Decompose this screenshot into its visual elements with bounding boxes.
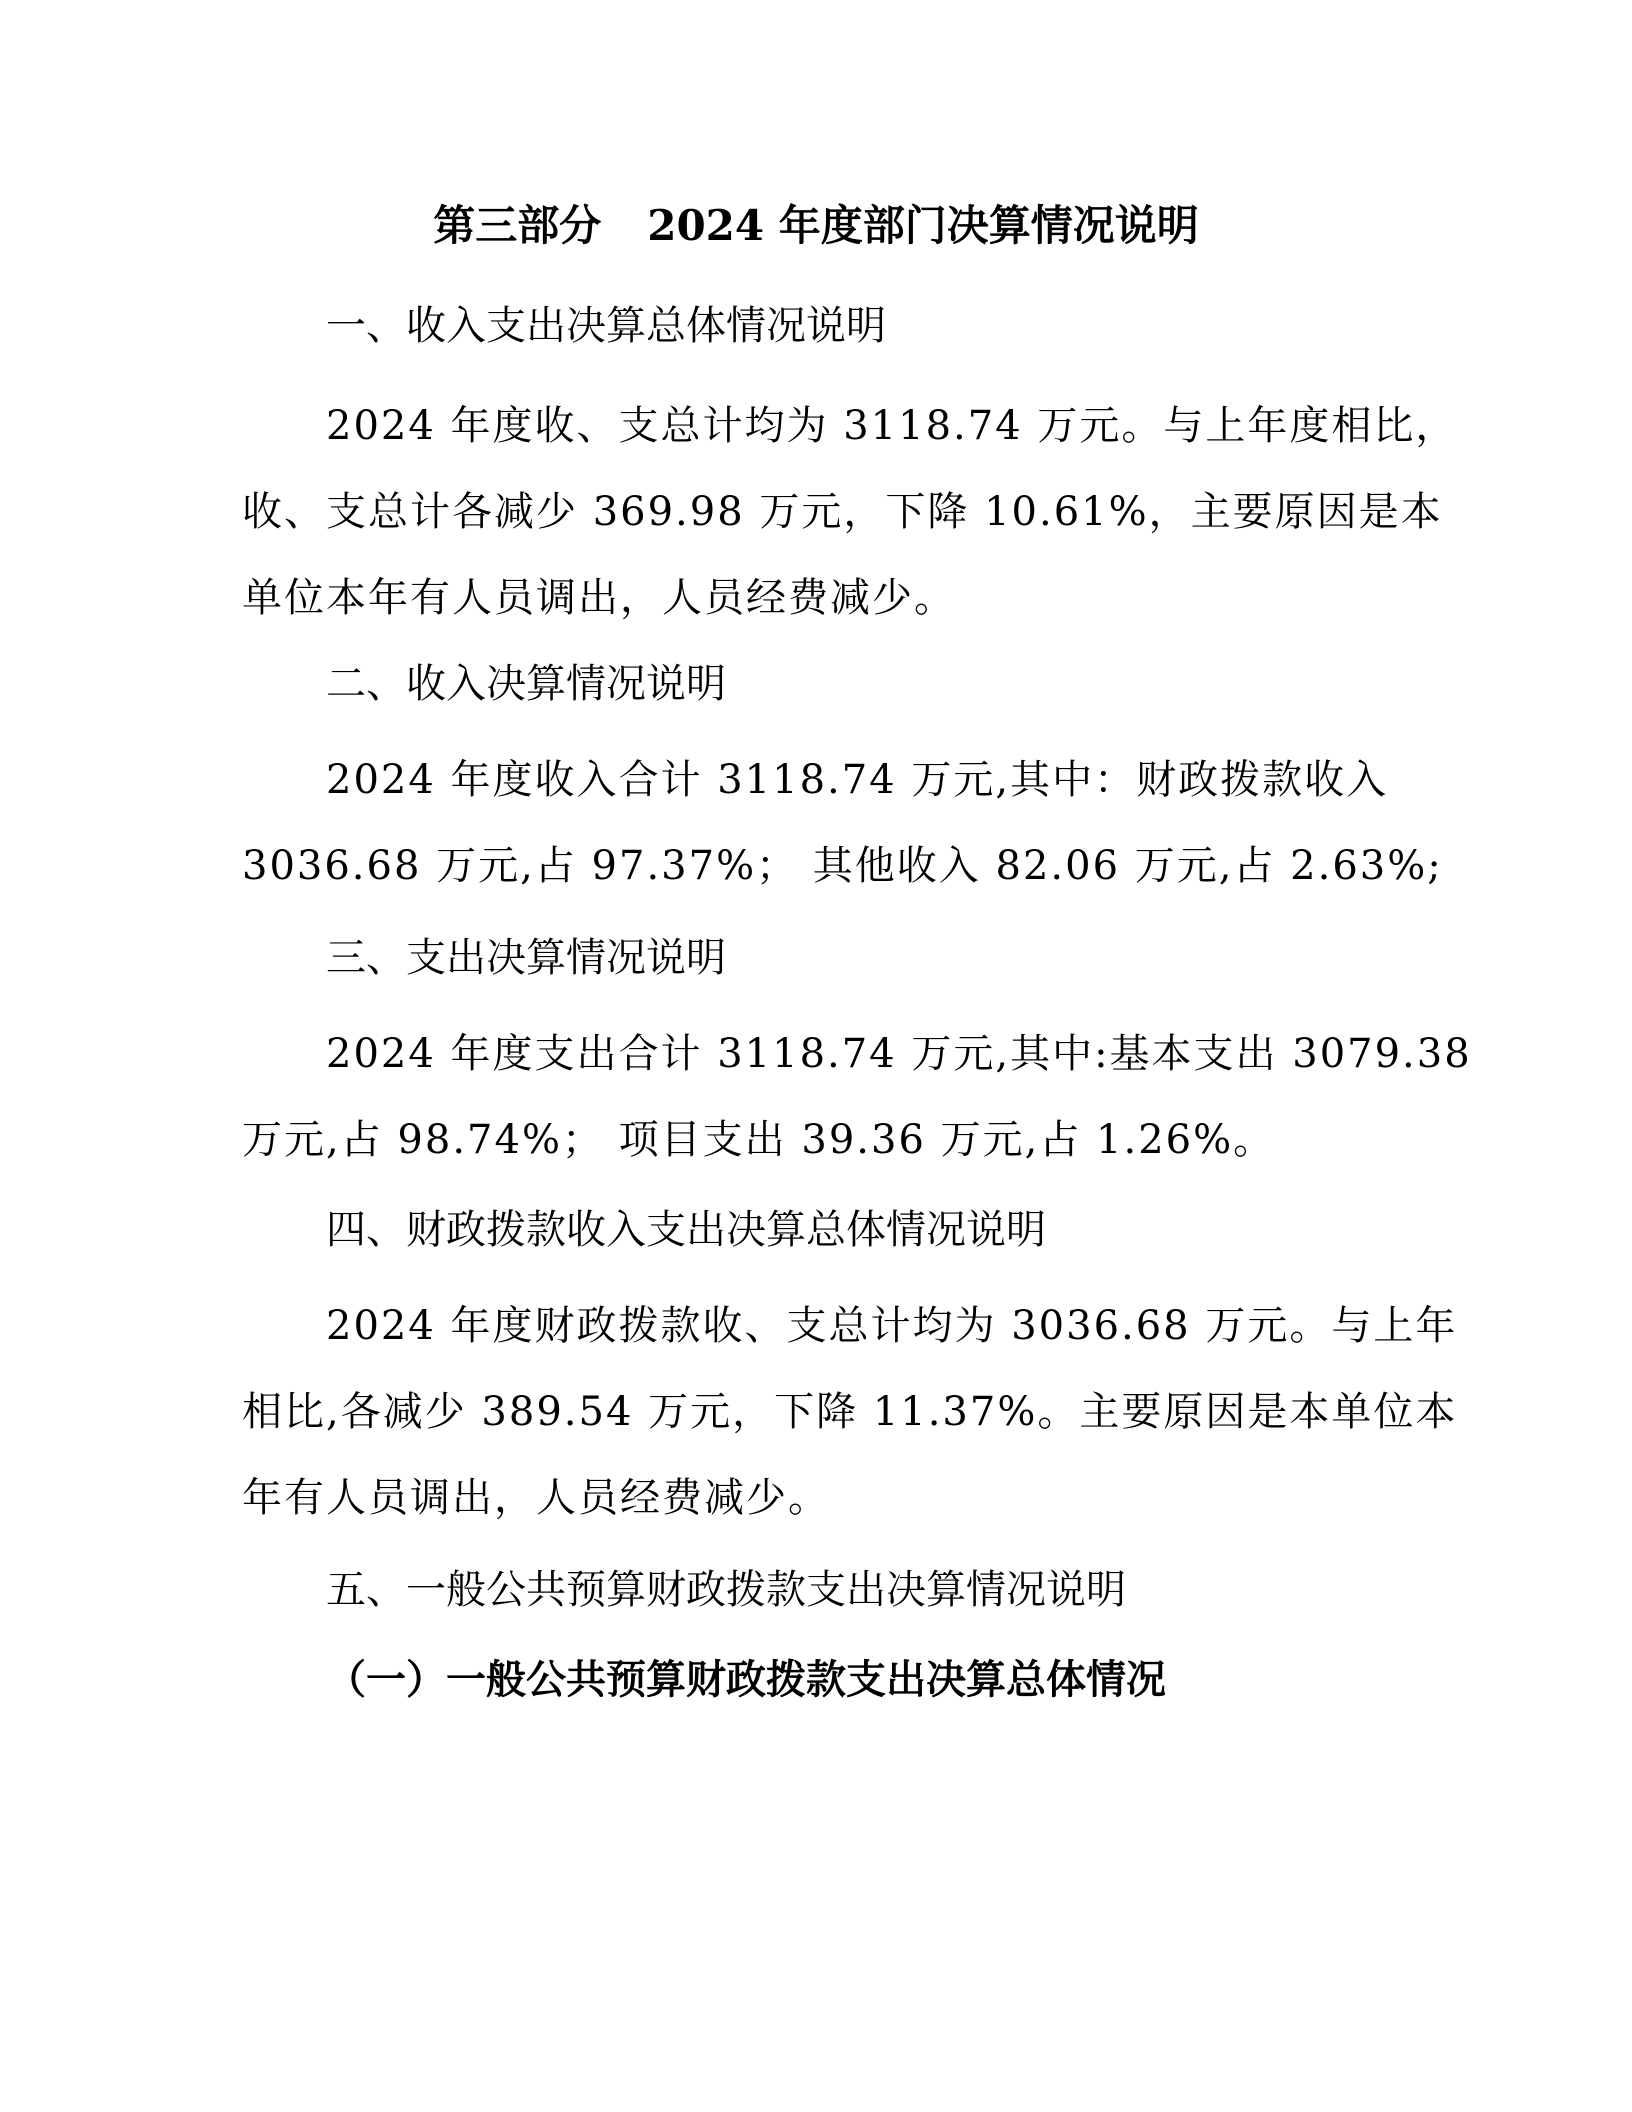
section-heading-4: 四、财政拨款收入支出决算总体情况说明	[326, 1202, 1046, 1258]
section-3-line-2: 万元,占 98.74%； 项目支出 39.36 万元,占 1.26%。	[242, 1112, 1275, 1168]
section-1-line-2: 收、支总计各减少 369.98 万元，下降 10.61%，主要原因是本	[242, 484, 1443, 540]
section-2-line-1: 2024 年度收入合计 3118.74 万元,其中：财政拨款收入	[326, 752, 1388, 808]
section-heading-5: 五、一般公共预算财政拨款支出决算情况说明	[326, 1562, 1126, 1618]
section-4-line-2: 相比,各减少 389.54 万元，下降 11.37%。主要原因是本单位本	[242, 1384, 1457, 1440]
section-2-line-2: 3036.68 万元,占 97.37%； 其他收入 82.06 万元,占 2.6…	[242, 838, 1443, 894]
section-heading-3: 三、支出决算情况说明	[326, 930, 726, 986]
section-5-subheading-1: （一）一般公共预算财政拨款支出决算总体情况	[326, 1652, 1166, 1708]
title-rest: 2024 年度部门决算情况说明	[647, 201, 1199, 250]
section-4-line-1: 2024 年度财政拨款收、支总计均为 3036.68 万元。与上年	[326, 1298, 1457, 1354]
section-4-line-3: 年有人员调出，人员经费减少。	[242, 1470, 830, 1526]
section-heading-1: 一、收入支出决算总体情况说明	[326, 298, 886, 354]
section-heading-2: 二、收入决算情况说明	[326, 656, 726, 712]
page-title: 第三部分2024 年度部门决算情况说明	[0, 198, 1632, 254]
section-1-line-3: 单位本年有人员调出，人员经费减少。	[242, 570, 956, 626]
section-1-line-1: 2024 年度收、支总计均为 3118.74 万元。与上年度相比，	[326, 398, 1457, 454]
document-page: 第三部分2024 年度部门决算情况说明 一、收入支出决算总体情况说明 2024 …	[0, 0, 1632, 2112]
section-3-line-1: 2024 年度支出合计 3118.74 万元,其中:基本支出 3079.38	[326, 1026, 1472, 1082]
title-part: 第三部分	[433, 201, 601, 250]
